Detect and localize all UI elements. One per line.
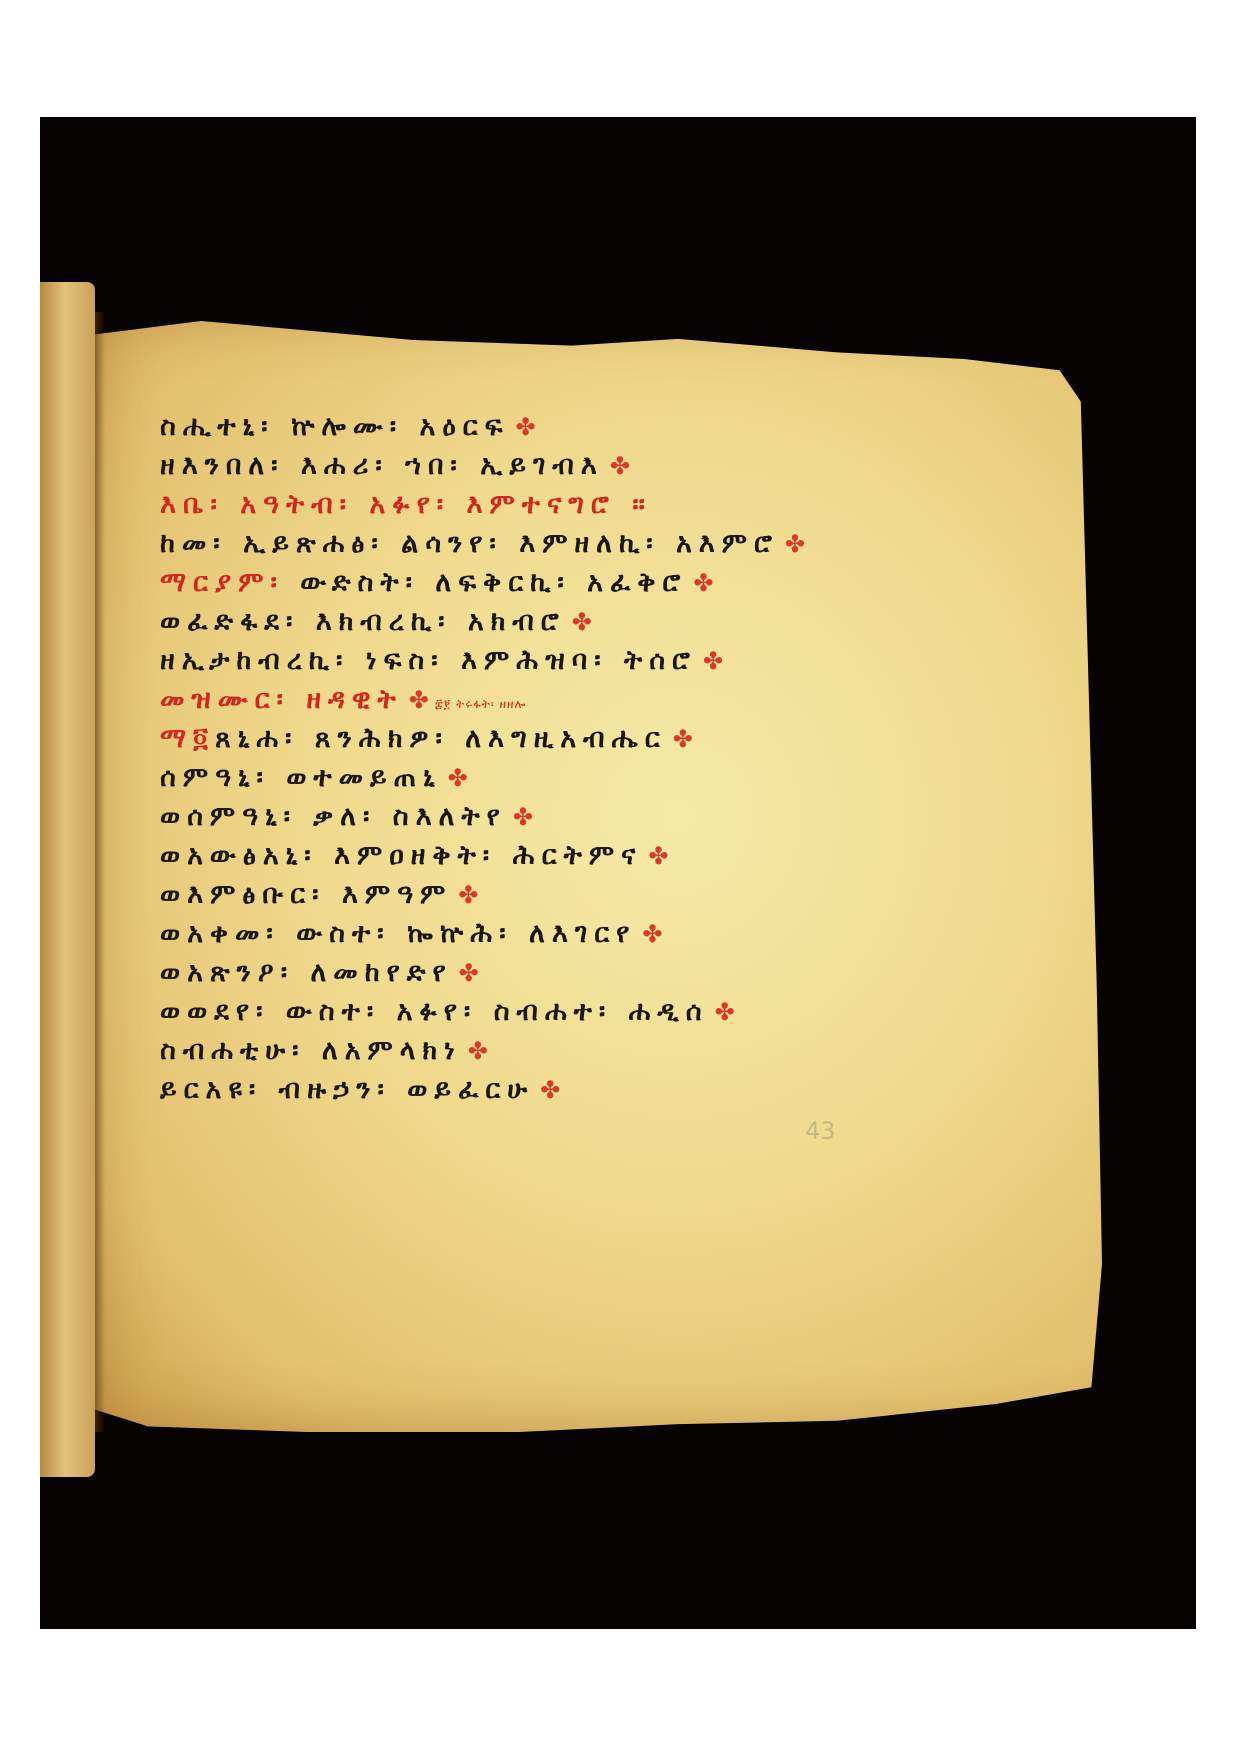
text-line: ወእምፅቡር፡ እምዓም✤ bbox=[160, 875, 805, 914]
text-line: እቤ፡ አዓትብ፡ አፉየ፡ እምተናግሮ ። bbox=[160, 485, 805, 524]
rubric-heading: መዝሙር፡ ዘዳዊት bbox=[160, 684, 403, 715]
cross-mark-icon: ✤ bbox=[448, 764, 468, 792]
line-text: ወወደየ፡ ውስተ፡ አፉየ፡ ስብሐተ፡ ሐዲሰ bbox=[160, 996, 709, 1027]
line-text: ስሒተኒ፡ ኵሎሙ፡ አዕርፍ bbox=[160, 411, 509, 442]
line-text: ጸኒሐ፡ ጸንሕክዎ፡ ለእግዚአብሔር bbox=[215, 723, 667, 754]
cross-mark-icon: ✤ bbox=[513, 803, 533, 831]
cross-mark-icon: ✤ bbox=[715, 998, 735, 1026]
cross-mark-icon: ✤ bbox=[648, 842, 668, 870]
cross-mark-icon: ✤ bbox=[693, 569, 713, 597]
line-text: ይርአዩ፡ ብዙኃን፡ ወይፈርሁ bbox=[160, 1074, 534, 1105]
text-line: ወወደየ፡ ውስተ፡ አፉየ፡ ስብሐተ፡ ሐዲሰ✤ bbox=[160, 992, 805, 1031]
folio-number: 43 bbox=[805, 1117, 836, 1145]
cross-mark-icon: ✤ bbox=[785, 530, 805, 558]
text-line: ወፈድፋደ፡ እክብረኪ፡ አክብሮ✤ bbox=[160, 602, 805, 641]
line-text: ወሰምዓኒ፡ ቃለ፡ ስእለትየ bbox=[160, 801, 507, 832]
cross-mark-icon: ✤ bbox=[459, 959, 479, 987]
previous-leaf-edge bbox=[40, 282, 95, 1477]
line-text: ወእምፅቡር፡ እምዓም bbox=[160, 879, 452, 910]
line-text: ዘእንበለ፡ እሐሪ፡ ኀበ፡ ኢይገብእ bbox=[160, 450, 604, 481]
text-line: ወሰምዓኒ፡ ቃለ፡ ስእለትየ✤ bbox=[160, 797, 805, 836]
text-line: ስብሐቲሁ፡ ለአምላክነ✤ bbox=[160, 1031, 805, 1070]
text-block: ስሒተኒ፡ ኵሎሙ፡ አዕርፍ✤ ዘእንበለ፡ እሐሪ፡ ኀበ፡ ኢይገብእ✤ … bbox=[160, 407, 805, 1109]
text-line: መዝሙር፡ ዘዳዊት✤፰፻ ትሩፋት፡ ዘዘሎ bbox=[160, 680, 805, 719]
line-text: ወፈድፋደ፡ እክብረኪ፡ አክብሮ bbox=[160, 606, 566, 637]
text-line: ከመ፡ ኢይጽሐፅ፡ ልሳንየ፡ እምዘለኪ፡ አእምሮ✤ bbox=[160, 524, 805, 563]
text-line: ዘእንበለ፡ እሐሪ፡ ኀበ፡ ኢይገብእ✤ bbox=[160, 446, 805, 485]
line-text: ወአጽንዖ፡ ለመከየድየ bbox=[160, 957, 453, 988]
cross-mark-icon: ✤ bbox=[703, 647, 723, 675]
cross-mark-icon: ✤ bbox=[409, 686, 429, 714]
text-line: ማርያም፡ ውድስት፡ ለፍቅርኪ፡ አፈቅሮ✤ bbox=[160, 563, 805, 602]
text-line: ስሒተኒ፡ ኵሎሙ፡ አዕርፍ✤ bbox=[160, 407, 805, 446]
cross-mark-icon: ✤ bbox=[642, 920, 662, 948]
text-line: ወአውፅአኒ፡ እምዐዘቅት፡ ሕርትምና✤ bbox=[160, 836, 805, 875]
rubric-text: እቤ፡ አዓትብ፡ አፉየ፡ እምተናግሮ ። bbox=[160, 489, 652, 520]
cross-mark-icon: ✤ bbox=[458, 881, 478, 909]
line-text: ሰምዓኒ፡ ወተመይጠኒ bbox=[160, 762, 442, 793]
text-line: ዘኢታከብረኪ፡ ነፍስ፡ እምሕዝባ፡ ትሰሮ✤ bbox=[160, 641, 805, 680]
cross-mark-icon: ✤ bbox=[468, 1037, 488, 1065]
text-line: ይርአዩ፡ ብዙኃን፡ ወይፈርሁ✤ bbox=[160, 1070, 805, 1109]
line-text: ውድስት፡ ለፍቅርኪ፡ አፈቅሮ bbox=[300, 567, 687, 598]
text-line: ሰምዓኒ፡ ወተመይጠኒ✤ bbox=[160, 758, 805, 797]
text-line: ወአቀመ፡ ውስተ፡ ኰኵሕ፡ ለእገርየ✤ bbox=[160, 914, 805, 953]
cross-mark-icon: ✤ bbox=[610, 452, 630, 480]
line-text: ከመ፡ ኢይጽሐፅ፡ ልሳንየ፡ እምዘለኪ፡ አእምሮ bbox=[160, 528, 779, 559]
binding-gutter bbox=[95, 312, 105, 1432]
manuscript-photo: ስሒተኒ፡ ኵሎሙ፡ አዕርፍ✤ ዘእንበለ፡ እሐሪ፡ ኀበ፡ ኢይገብእ✤ … bbox=[40, 117, 1196, 1629]
line-text: ስብሐቲሁ፡ ለአምላክነ bbox=[160, 1035, 462, 1066]
line-text: ወአቀመ፡ ውስተ፡ ኰኵሕ፡ ለእገርየ bbox=[160, 918, 636, 949]
cross-mark-icon: ✤ bbox=[572, 608, 592, 636]
line-text: ወአውፅአኒ፡ እምዐዘቅት፡ ሕርትምና bbox=[160, 840, 642, 871]
cross-mark-icon: ✤ bbox=[515, 413, 535, 441]
cross-mark-icon: ✤ bbox=[673, 725, 693, 753]
rubric-text: ማርያም፡ bbox=[160, 567, 284, 598]
line-text: ዘኢታከብረኪ፡ ነፍስ፡ እምሕዝባ፡ ትሰሮ bbox=[160, 645, 697, 676]
rubric-note: ፰፻ ትሩፋት፡ ዘዘሎ bbox=[435, 697, 527, 711]
text-line: ማ፬ጸኒሐ፡ ጸንሕክዎ፡ ለእግዚአብሔር✤ bbox=[160, 719, 805, 758]
cross-mark-icon: ✤ bbox=[540, 1076, 560, 1104]
text-line: ወአጽንዖ፡ ለመከየድየ✤ bbox=[160, 953, 805, 992]
rubric-text: ማ፬ bbox=[160, 723, 215, 754]
